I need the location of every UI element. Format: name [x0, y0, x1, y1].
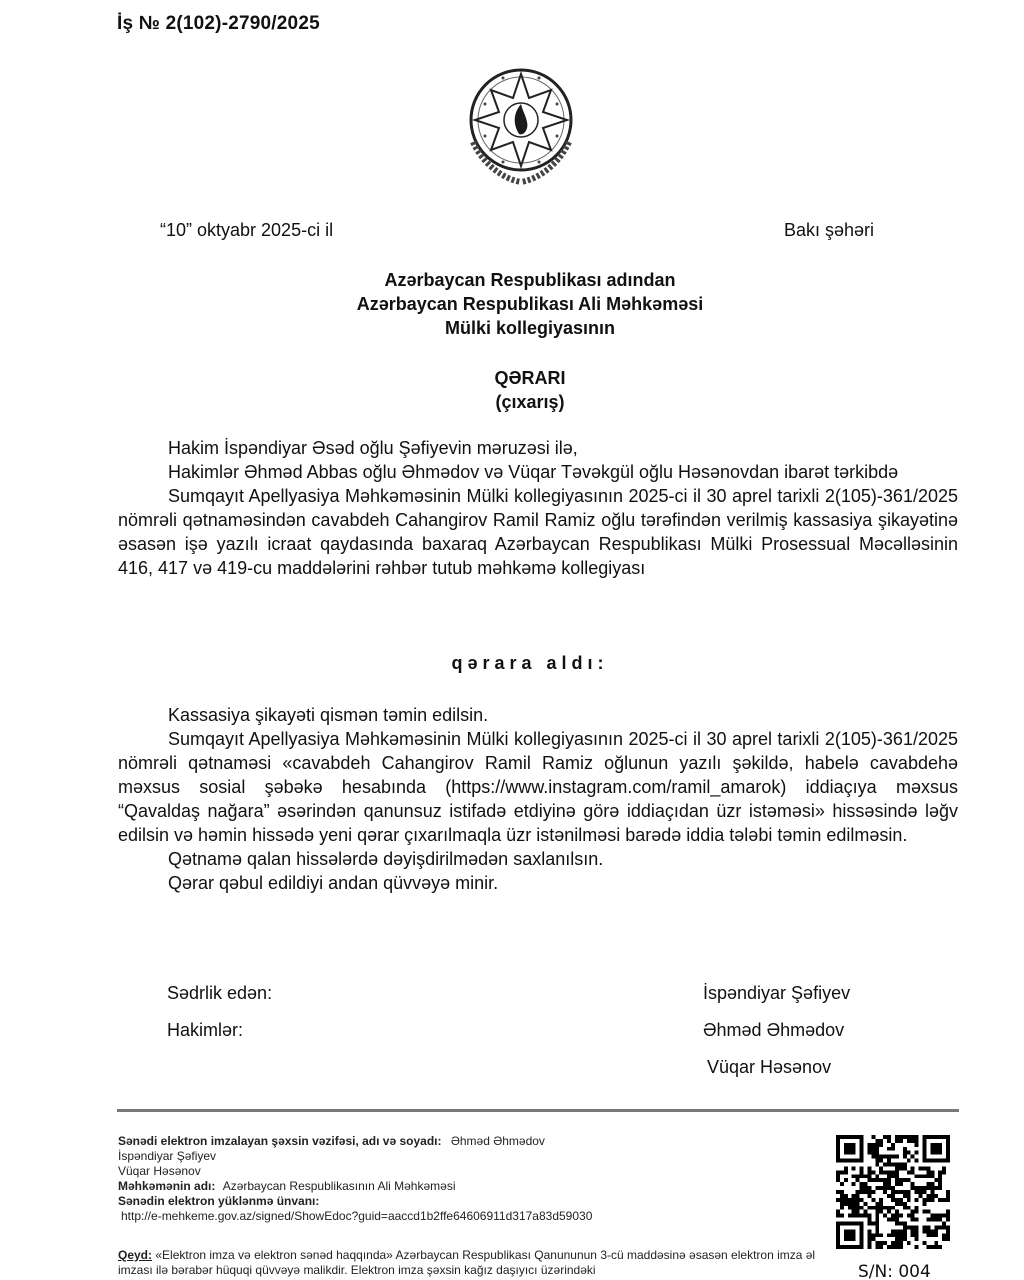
document-city: Bakı şəhəri — [784, 220, 874, 241]
judge-name: Əhməd Əhmədov — [703, 1020, 844, 1041]
signer-label: Sənədi elektron imzalayan şəxsin vəzifəs… — [118, 1134, 441, 1148]
signer-name: Əhməd Əhmədov — [451, 1134, 545, 1148]
coat-of-arms-icon — [463, 64, 579, 194]
note-text: «Elektron imza və elektron sənəd haqqınd… — [118, 1248, 815, 1277]
qr-code-icon[interactable] — [836, 1135, 950, 1249]
document-url[interactable]: http://e-mehkeme.gov.az/signed/ShowEdoc?… — [118, 1209, 818, 1224]
court-heading-line: Azərbaycan Respublikası adından — [0, 268, 1024, 292]
note-label: Qeyd: — [118, 1248, 152, 1262]
court-heading-line: Azərbaycan Respublikası Ali Məhkəməsi — [0, 292, 1024, 316]
presiding-label: Sədrlik edən: — [167, 983, 272, 1004]
url-label: Sənədin elektron yüklənmə ünvanı: — [118, 1194, 319, 1208]
footer-divider — [117, 1109, 959, 1112]
title-main: QƏRARI — [0, 366, 1024, 390]
legal-note: Qeyd: «Elektron imza və elektron sənəd h… — [118, 1248, 828, 1280]
decision-paragraph: Kassasiya şikayəti qismən təmin edilsin. — [118, 703, 958, 727]
judges-label: Hakimlər: — [167, 1020, 243, 1041]
decision-paragraph: Sumqayıt Apellyasiya Məhkəməsinin Mülki … — [118, 727, 958, 847]
court-label: Məhkəmənin adı: — [118, 1179, 215, 1193]
intro-paragraph: Hakim İspəndiyar Əsəd oğlu Şəfiyevin mər… — [118, 436, 958, 460]
case-number: İş № 2(102)-2790/2025 — [117, 13, 320, 35]
decision-paragraph: Qərar qəbul edildiyi andan qüvvəyə minir… — [118, 871, 958, 895]
signer-name: İspəndiyar Şəfiyev — [118, 1149, 818, 1164]
court-heading: Azərbaycan Respublikası adından Azərbayc… — [0, 268, 1024, 340]
intro-section: Hakim İspəndiyar Əsəd oğlu Şəfiyevin mər… — [118, 436, 958, 580]
intro-paragraph: Sumqayıt Apellyasiya Məhkəməsinin Mülki … — [118, 484, 958, 580]
decision-section: Kassasiya şikayəti qismən təmin edilsin.… — [118, 703, 958, 895]
title-sub: (çıxarış) — [0, 390, 1024, 414]
signer-name: Vüqar Həsənov — [118, 1164, 818, 1179]
signer-line: Sənədi elektron imzalayan şəxsin vəzifəs… — [118, 1134, 818, 1149]
court-heading-line: Mülki kollegiyasının — [0, 316, 1024, 340]
decision-paragraph: Qətnamə qalan hissələrdə dəyişdirilmədən… — [118, 847, 958, 871]
decision-title: QƏRARI (çıxarış) — [0, 366, 1024, 414]
serial-number: S/N: 004 — [858, 1262, 931, 1280]
court-name: Azərbaycan Respublikasının Ali Məhkəməsi — [223, 1179, 456, 1193]
judge-name: Vüqar Həsənov — [707, 1057, 831, 1078]
decision-heading: qərara aldı: — [0, 653, 1024, 674]
url-label-line: Sənədin elektron yüklənmə ünvanı: — [118, 1194, 818, 1209]
presiding-name: İspəndiyar Şəfiyev — [703, 983, 850, 1004]
intro-paragraph: Hakimlər Əhməd Abbas oğlu Əhmədov və Vüq… — [118, 460, 958, 484]
document-date: “10” oktyabr 2025-ci il — [160, 220, 333, 241]
court-line: Məhkəmənin adı: Azərbaycan Respublikasın… — [118, 1179, 818, 1194]
signature-block: Sənədi elektron imzalayan şəxsin vəzifəs… — [118, 1134, 818, 1224]
